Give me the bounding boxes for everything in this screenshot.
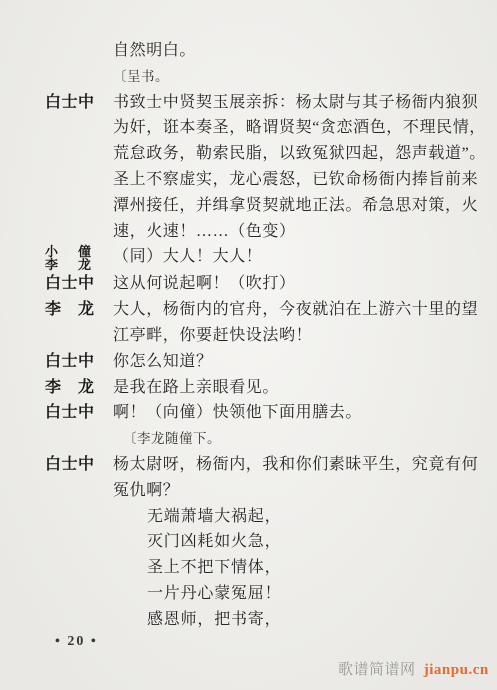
dialogue-line: 冤仇啊？: [113, 478, 485, 504]
dialogue-lines: 这从何说起啊！（吹打）: [113, 271, 485, 297]
script-entry: 李 龙 是我在路上亲眼看见。: [45, 375, 485, 401]
stage-direction-row: 〔呈书。: [45, 64, 485, 90]
watermark-domain: jianpu.cn: [424, 662, 489, 678]
dialogue-line: 速，火速！……（色变）: [113, 219, 485, 245]
script-entry: 白士中 这从何说起啊！（吹打）: [45, 271, 485, 297]
speaker-name: 白士中: [45, 271, 95, 297]
watermark: 歌谱简谱网 jianpu.cn: [338, 658, 489, 679]
dialogue-line: 你怎么知道？: [113, 349, 485, 375]
verse-line: 一片丹心蒙冤屈！: [113, 581, 485, 607]
script-entry: 白士中 啊！（向僮）快领他下面用膳去。: [45, 400, 485, 426]
script-entry: 小 僮 李 龙 （同）大人！大人！: [45, 244, 485, 271]
speaker-name: 白士中: [45, 452, 95, 478]
stage-direction-exit: 〔李龙随僮下。: [113, 426, 221, 452]
dialogue-line: 大人，杨衙内的官舟，今夜就泊在上游六十里的望: [113, 297, 485, 323]
dialogue-lines: 书致士中贤契玉展亲拆：杨太尉与其子杨衙内狼狈 为奸，诳本奏圣，略谓贤契“贪恋酒色…: [113, 90, 485, 245]
stage-direction-present-letter: 〔呈书。: [113, 64, 169, 90]
dialogue-continuation-row: 自然明白。: [45, 38, 485, 64]
script-entry: 李 龙 大人，杨衙内的官舟，今夜就泊在上游六十里的望 江亭畔，你要赶快设法哟！: [45, 297, 485, 349]
watermark-site-name: 歌谱简谱网: [338, 662, 416, 678]
dialogue-line: 杨太尉呀，杨衙内，我和你们素昧平生，究竟有何: [113, 452, 485, 478]
dialogue-line: 潭州接任，并缉拿贤契就地正法。希急思对策，火: [113, 193, 485, 219]
dialogue-lines: 你怎么知道？: [113, 349, 485, 375]
dialogue-line: 是我在路上亲眼看见。: [113, 375, 485, 401]
dialogue-lines: 大人，杨衙内的官舟，今夜就泊在上游六十里的望 江亭畔，你要赶快设法哟！: [113, 297, 485, 349]
dialogue-lines: 啊！（向僮）快领他下面用膳去。: [113, 400, 485, 426]
dialogue-lines: （同）大人！大人！: [113, 244, 485, 270]
book-page: 自然明白。 〔呈书。 白士中 书致士中贤契玉展亲拆：杨太尉与其子杨衙内狼狈 为奸…: [0, 0, 497, 690]
dialogue-line: 啊！（向僮）快领他下面用膳去。: [113, 400, 485, 426]
dialogue-continuation: 自然明白。: [113, 38, 196, 64]
dialogue-line: 书致士中贤契玉展亲拆：杨太尉与其子杨衙内狼狈: [113, 90, 485, 116]
stage-direction-row: 〔李龙随僮下。: [45, 426, 485, 452]
speaker-name: 李 龙: [45, 297, 95, 323]
verse-line: 无端萧墙大祸起，: [113, 504, 485, 530]
dialogue-line: （同）大人！大人！: [113, 244, 485, 270]
script-entry: 白士中 书致士中贤契玉展亲拆：杨太尉与其子杨衙内狼狈 为奸，诳本奏圣，略谓贤契“…: [45, 90, 485, 245]
verse-line: 灭门凶耗如火急，: [113, 529, 485, 555]
dialogue-line: 为奸，诳本奏圣，略谓贤契“贪恋酒色，不理民情，: [113, 115, 485, 141]
speaker-name: 白士中: [45, 90, 95, 116]
dialogue-line: 江亭畔，你要赶快设法哟！: [113, 323, 485, 349]
verse-line: 感恩师，把书寄，: [113, 607, 485, 633]
dialogue-line: 荒怠政务，勒索民脂，以致冤狱四起，怨声载道”。: [113, 141, 485, 167]
script-text-block: 自然明白。 〔呈书。 白士中 书致士中贤契玉展亲拆：杨太尉与其子杨衙内狼狈 为奸…: [45, 38, 485, 633]
dialogue-line: 圣上不察虚实，龙心震怒，已钦命杨衙内捧旨前来: [113, 167, 485, 193]
dialogue-lines: 杨太尉呀，杨衙内，我和你们素昧平生，究竟有何 冤仇啊？ 无端萧墙大祸起， 灭门凶…: [113, 452, 485, 633]
speaker-name: 李 龙: [45, 258, 95, 271]
script-entry: 白士中 杨太尉呀，杨衙内，我和你们素昧平生，究竟有何 冤仇啊？ 无端萧墙大祸起，…: [45, 452, 485, 633]
dialogue-lines: 是我在路上亲眼看见。: [113, 375, 485, 401]
speaker-name: 白士中: [45, 400, 95, 426]
speaker-name: 白士中: [45, 349, 95, 375]
speaker-name-stacked: 小 僮 李 龙: [45, 244, 95, 271]
dialogue-line: 这从何说起啊！（吹打）: [113, 271, 485, 297]
verse-line: 圣上不把下情体，: [113, 555, 485, 581]
page-number: • 20 •: [55, 634, 98, 650]
speaker-name: 李 龙: [45, 375, 95, 401]
script-entry: 白士中 你怎么知道？: [45, 349, 485, 375]
